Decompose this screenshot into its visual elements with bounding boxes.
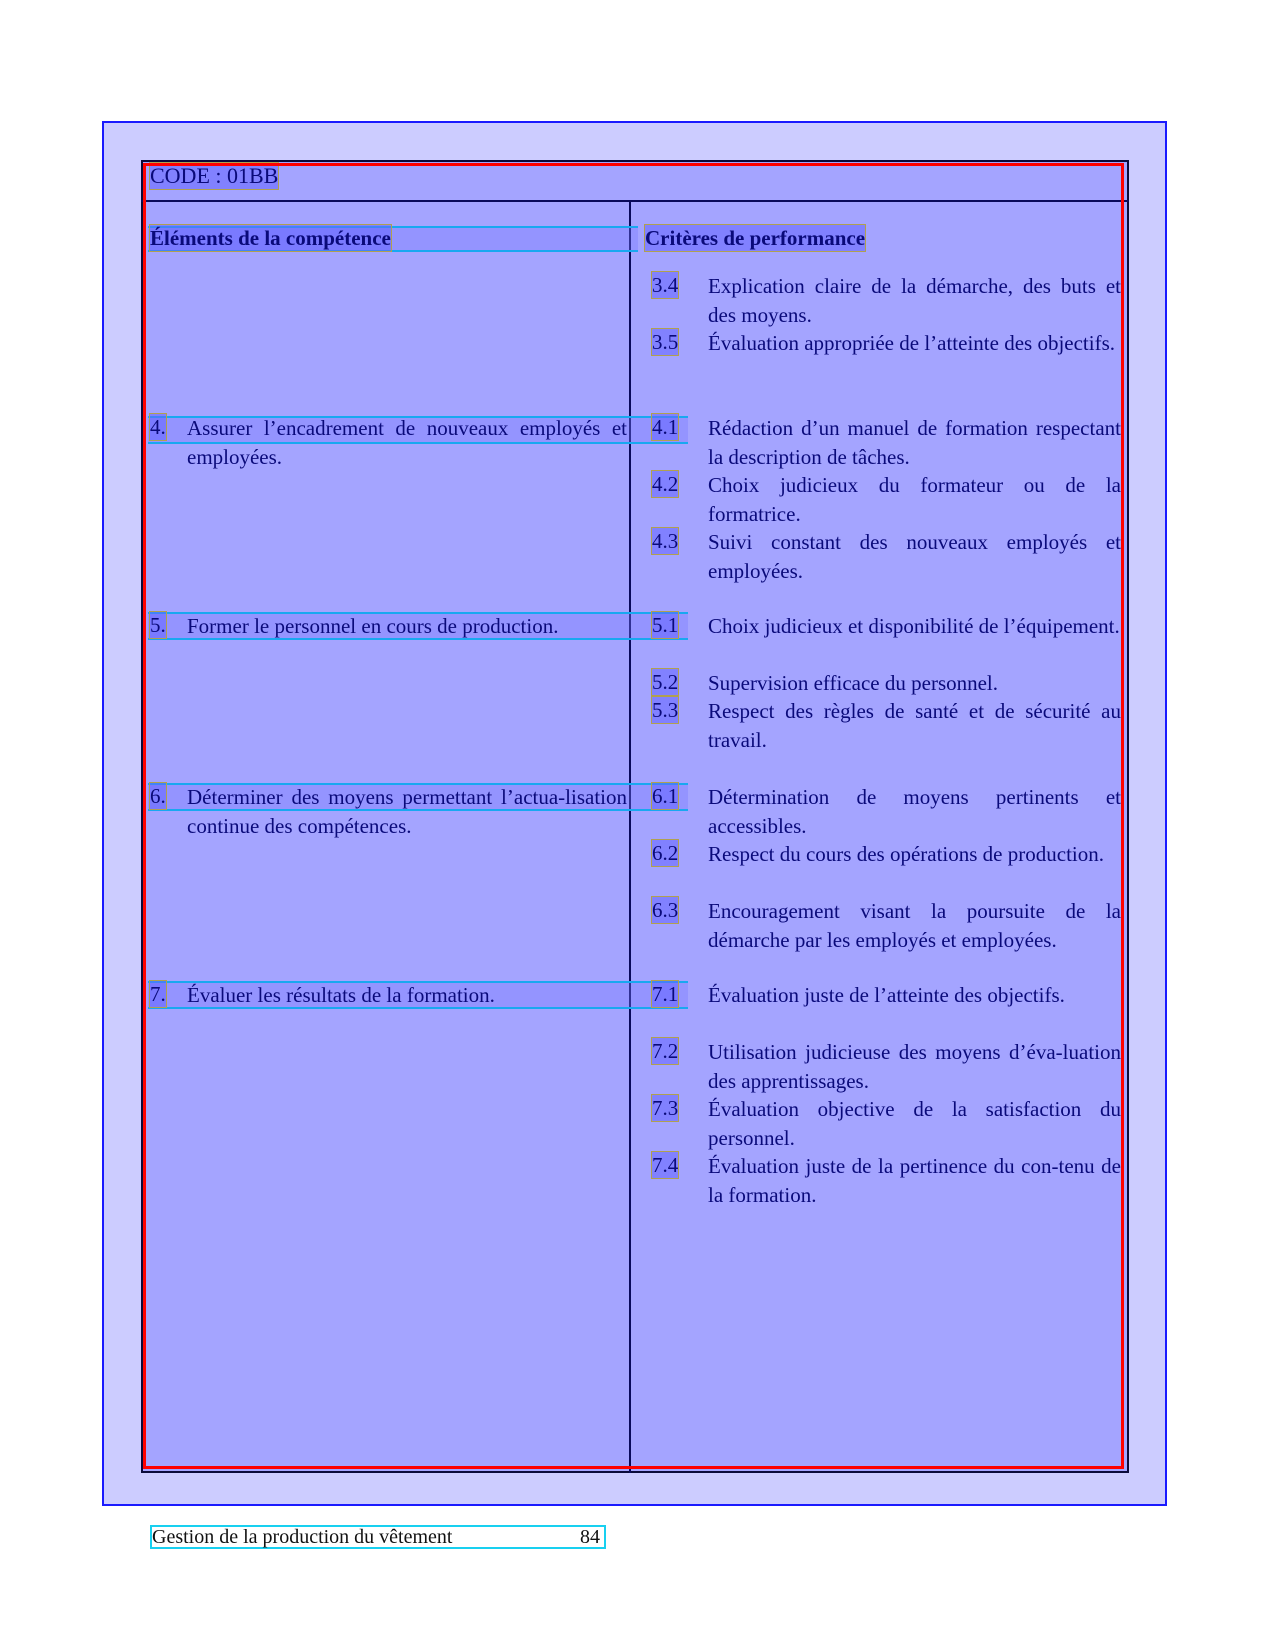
criterion-number: 6.2 [652, 840, 678, 866]
criterion-number: 4.1 [652, 414, 678, 440]
criterion-text: Suivi constant des nouveaux employés et … [708, 528, 1121, 585]
element-number: 5. [150, 612, 166, 638]
criterion-number: 3.5 [652, 329, 678, 355]
header-criteria: Critères de performance [645, 225, 865, 251]
element-number: 6. [150, 783, 166, 809]
criterion-text: Respect des règles de santé et de sécuri… [708, 697, 1121, 754]
criterion-text: Évaluation juste de la pertinence du con… [708, 1152, 1121, 1209]
criterion-number: 7.1 [652, 981, 678, 1007]
criterion-text: Encouragement visant la poursuite de la … [708, 897, 1121, 954]
criterion-number: 5.2 [652, 669, 678, 695]
criterion-text: Choix judicieux et disponibilité de l’éq… [708, 612, 1121, 641]
element-text: Assurer l’encadrement de nouveaux employ… [187, 414, 627, 471]
criterion-text: Évaluation appropriée de l’atteinte des … [708, 329, 1121, 358]
criterion-number: 5.1 [652, 612, 678, 638]
criterion-number: 3.4 [652, 272, 678, 298]
criterion-number: 6.3 [652, 897, 678, 923]
header-elements: Éléments de la compétence [150, 225, 391, 251]
criterion-text: Rédaction d’un manuel de formation respe… [708, 414, 1121, 471]
criterion-text: Supervision efficace du personnel. [708, 669, 1121, 698]
column-divider [629, 202, 631, 1473]
page-number: 84 [580, 1527, 600, 1547]
element-text: Former le personnel en cours de producti… [187, 612, 627, 641]
page-footer: Gestion de la production du vêtement 84 [150, 1525, 606, 1549]
code-label: CODE : 01BB [150, 163, 278, 189]
element-text: Déterminer des moyens permettant l’actua… [187, 783, 627, 840]
criterion-number: 4.3 [652, 528, 678, 554]
criterion-text: Choix judicieux du formateur ou de la fo… [708, 471, 1121, 528]
criterion-text: Détermination de moyens pertinents et ac… [708, 783, 1121, 840]
criterion-number: 7.2 [652, 1038, 678, 1064]
element-number: 7. [150, 981, 166, 1007]
criterion-number: 6.1 [652, 783, 678, 809]
element-text: Évaluer les résultats de la formation. [187, 981, 627, 1010]
criterion-text: Explication claire de la démarche, des b… [708, 272, 1121, 329]
criterion-text: Évaluation objective de la satisfaction … [708, 1095, 1121, 1152]
code-row-divider [141, 200, 1129, 202]
element-number: 4. [150, 414, 166, 440]
criterion-number: 7.3 [652, 1095, 678, 1121]
criterion-number: 5.3 [652, 697, 678, 723]
criterion-text: Évaluation juste de l’atteinte des objec… [708, 981, 1121, 1010]
criterion-text: Respect du cours des opérations de produ… [708, 840, 1121, 869]
criterion-number: 7.4 [652, 1152, 678, 1178]
criterion-text: Utilisation judicieuse des moyens d’éva-… [708, 1038, 1121, 1095]
footer-title: Gestion de la production du vêtement [152, 1527, 452, 1547]
criterion-number: 4.2 [652, 471, 678, 497]
